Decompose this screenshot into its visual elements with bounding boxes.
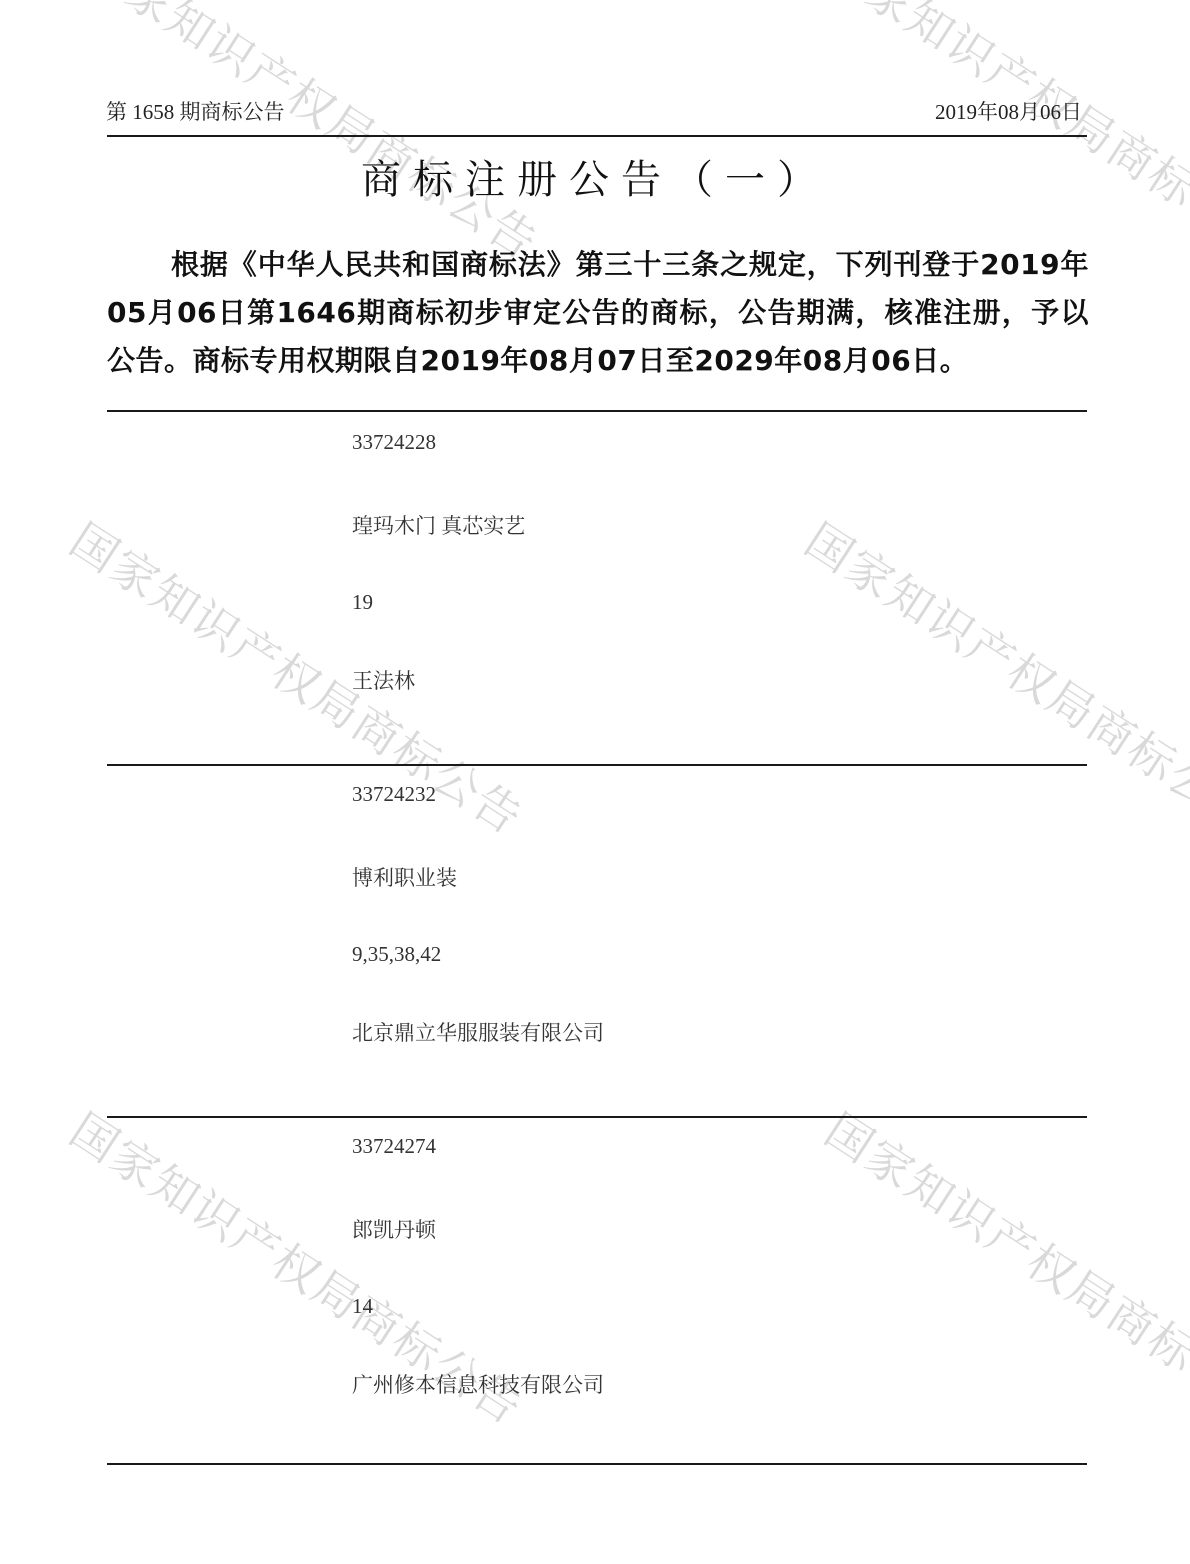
value-registrant: 王法林 — [352, 665, 415, 695]
value-mark: 博利职业装 — [352, 862, 457, 892]
value-registrant: 北京鼎立华服服装有限公司 — [352, 1017, 604, 1047]
publication-date: 2019年08月06日 — [935, 96, 1082, 126]
value-registrant: 广州修本信息科技有限公司 — [352, 1369, 604, 1399]
value-reg-no: 33724228 — [352, 430, 436, 455]
watermark: 国家知识产权局商标公告 — [794, 505, 1190, 848]
value-mark: 瑝玛木门 真芯实艺 — [352, 510, 525, 540]
value-class: 9,35,38,42 — [352, 942, 441, 967]
value-reg-no: 33724232 — [352, 782, 436, 807]
watermark: 国家知识产权局商标公告 — [814, 1095, 1190, 1438]
document-page: 国家知识产权局商标公告 国家知识产权局商标公告 国家知识产权局商标公告 国家知识… — [0, 0, 1190, 1564]
record-divider — [107, 1463, 1087, 1465]
header-divider — [107, 135, 1087, 137]
value-mark: 郎凯丹顿 — [352, 1214, 436, 1244]
value-class: 19 — [352, 590, 373, 615]
watermark: 国家知识产权局商标公告 — [59, 505, 538, 848]
record-divider — [107, 410, 1087, 412]
page-title: 商标注册公告（一） — [0, 148, 1190, 205]
value-reg-no: 33724274 — [352, 1134, 436, 1159]
record-divider — [107, 1116, 1087, 1118]
record-divider — [107, 764, 1087, 766]
issue-number: 第 1658 期商标公告 — [106, 96, 285, 126]
value-class: 14 — [352, 1294, 373, 1319]
intro-paragraph: 根据《中华人民共和国商标法》第三十三条之规定，下列刊登于2019年05月06日第… — [107, 241, 1089, 385]
